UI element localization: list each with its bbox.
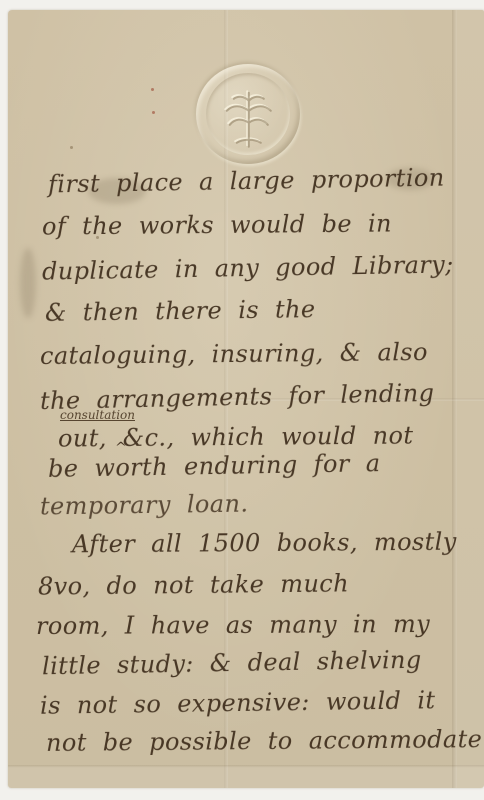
handwritten-line: room, I have as many in my [36, 611, 430, 639]
paper-speck [151, 88, 154, 91]
bottom-fold-band [8, 768, 484, 788]
handwritten-line: cataloguing, insuring, & also [40, 339, 428, 369]
handwritten-line: & then there is the [45, 296, 316, 326]
paper-speck [70, 146, 73, 149]
handwritten-line: be worth enduring for a [48, 450, 381, 482]
seal-tree-icon [196, 64, 300, 164]
handwritten-line: little study: & deal shelving [42, 647, 422, 680]
handwritten-line: of the works would be in [42, 210, 392, 239]
handwritten-line: not be possible to accommodate [46, 726, 482, 756]
handwritten-line: temporary loan. [40, 491, 249, 520]
vertical-fold-line-right [452, 10, 457, 788]
handwritten-line: is not so expensive: would it [40, 687, 436, 719]
handwritten-line: 8vo, do not take much [38, 570, 349, 599]
right-fold-band [457, 10, 484, 788]
handwritten-line: first place a large proportion [48, 165, 445, 198]
paper-speck [152, 111, 155, 114]
embossed-seal [196, 64, 300, 164]
letter-page: first place a large proportion of the wo… [8, 10, 484, 788]
ink-showthrough [20, 248, 36, 318]
interlinear-insertion: consultation [60, 408, 135, 422]
handwritten-line: duplicate in any good Library; [42, 251, 454, 284]
handwritten-line: After all 1500 books, mostly [72, 529, 457, 558]
handwritten-line: out, &c., which would not [58, 422, 414, 451]
scan-background: first place a large proportion of the wo… [0, 0, 484, 800]
bottom-fold-line [8, 765, 484, 768]
